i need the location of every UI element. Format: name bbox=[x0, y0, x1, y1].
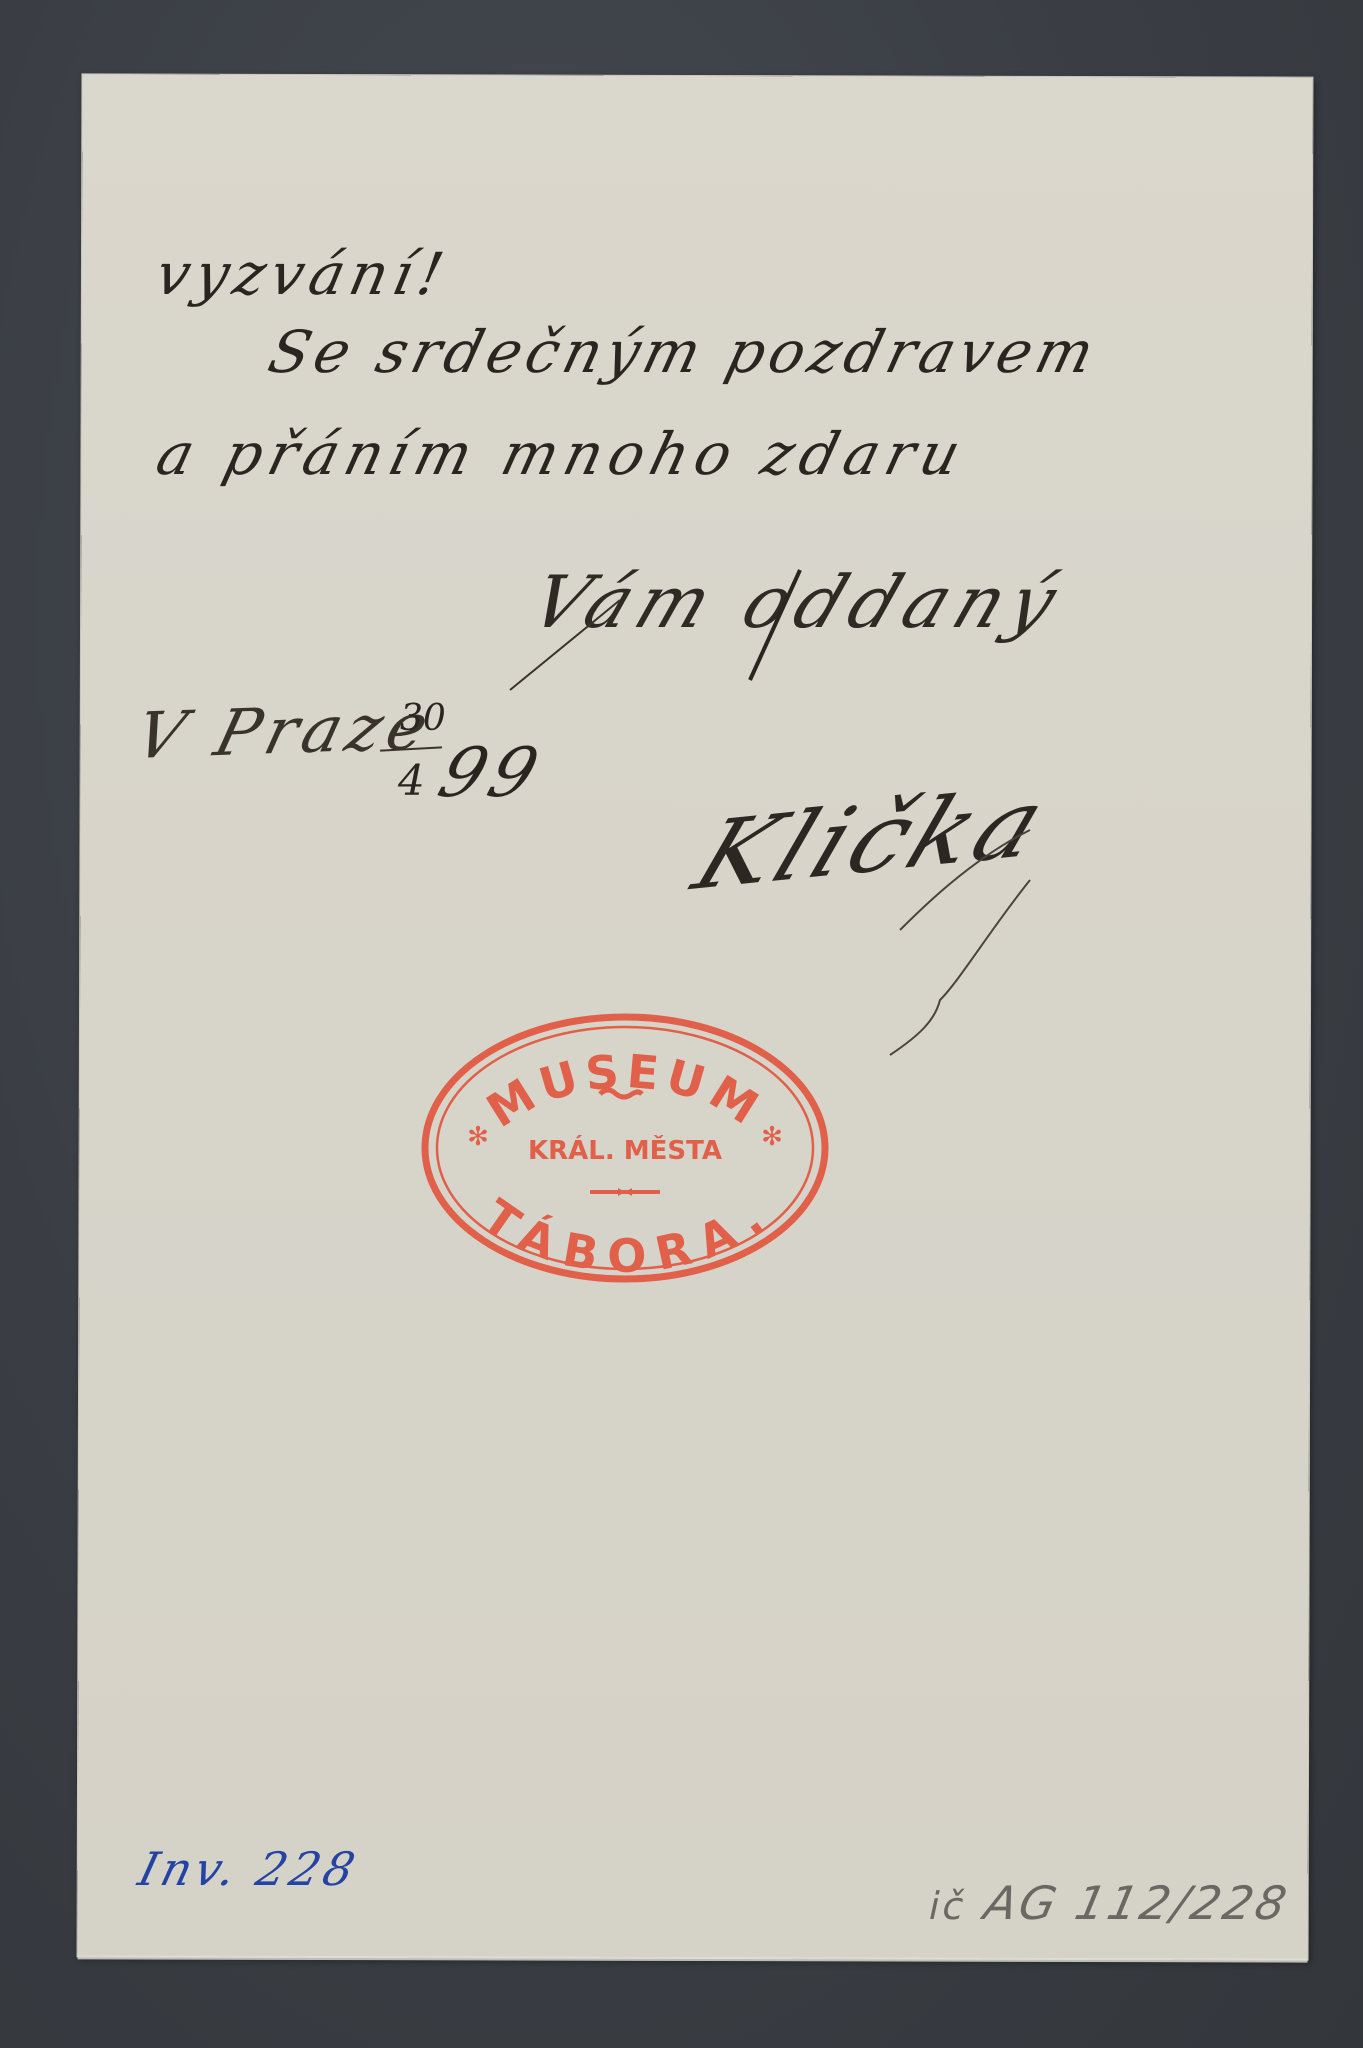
stamp-ornament-right-icon: ✻ bbox=[761, 1122, 783, 1152]
signature-flourish bbox=[880, 820, 1050, 1060]
museum-stamp: MUSEUM KRÁL. MĚSTA ✻ ✻ TÁBORA. bbox=[420, 1012, 830, 1284]
catalog-note: ičAG 112/228 bbox=[924, 1876, 1294, 1930]
stamp-middle-text: KRÁL. MĚSTA bbox=[528, 1134, 722, 1166]
inventory-number: Inv. 228 bbox=[133, 1842, 364, 1896]
date-fraction-bar bbox=[380, 746, 442, 751]
letter-date: 30 4 99 bbox=[380, 690, 530, 840]
svg-text:MUSEUM: MUSEUM bbox=[477, 1044, 772, 1138]
stamp-ornament-left-icon: ✻ bbox=[467, 1122, 489, 1152]
date-day: 30 bbox=[400, 698, 446, 739]
letter-line-3: a přáním mnoho zdaru bbox=[150, 420, 974, 488]
date-month: 4 bbox=[398, 756, 425, 805]
letter-line-1: vyzvání! bbox=[150, 240, 455, 308]
closing-flourish bbox=[500, 560, 840, 700]
catalog-prefix: ič bbox=[925, 1884, 972, 1928]
stamp-oval-icon: MUSEUM KRÁL. MĚSTA ✻ ✻ TÁBORA. bbox=[420, 1012, 830, 1284]
letter-line-2: Se srdečným pozdravem bbox=[262, 318, 1106, 386]
svg-text:TÁBORA.: TÁBORA. bbox=[474, 1188, 778, 1283]
catalog-number: AG 112/228 bbox=[980, 1876, 1294, 1930]
